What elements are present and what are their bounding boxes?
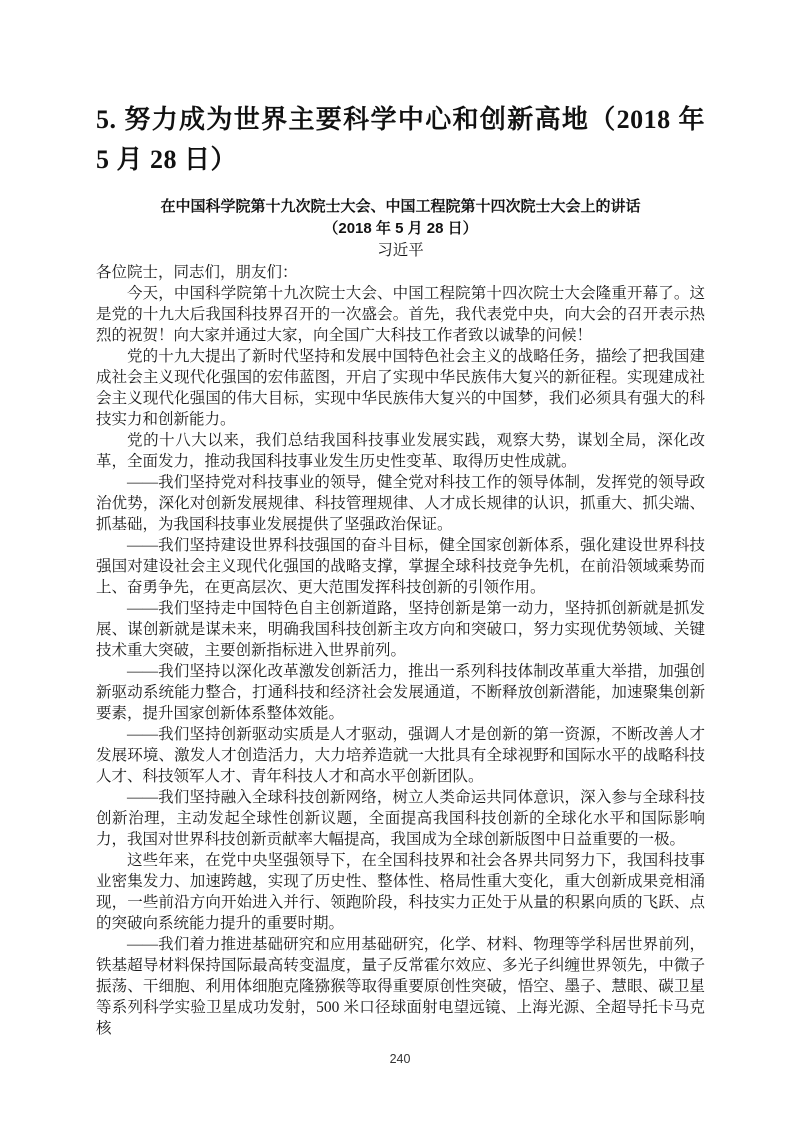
paragraph: 今天，中国科学院第十九次院士大会、中国工程院第十四次院士大会隆重开幕了。这是党的… <box>96 283 705 346</box>
paragraph: ——我们坚持走中国特色自主创新道路，坚持创新是第一动力，坚持抓创新就是抓发展、谋… <box>96 598 705 661</box>
speech-author: 习近平 <box>96 240 705 262</box>
paragraph: ——我们坚持党对科技事业的领导，健全党对科技工作的领导体制，发挥党的领导政治优势… <box>96 472 705 535</box>
page-number: 240 <box>0 1052 800 1066</box>
document-title: 5. 努力成为世界主要科学中心和创新高地（2018 年 5 月 28 日） <box>96 100 705 180</box>
paragraph: 党的十八大以来，我们总结我国科技事业发展实践，观察大势，谋划全局，深化改革，全面… <box>96 430 705 472</box>
speech-body: 各位院士，同志们，朋友们： 今天，中国科学院第十九次院士大会、中国工程院第十四次… <box>96 262 705 1039</box>
paragraph: 这些年来，在党中央坚强领导下，在全国科技界和社会各界共同努力下，我国科技事业密集… <box>96 850 705 934</box>
speech-date: （2018 年 5 月 28 日） <box>96 218 705 240</box>
paragraph: ——我们坚持建设世界科技强国的奋斗目标，健全国家创新体系，强化建设世界科技强国对… <box>96 535 705 598</box>
paragraph: ——我们坚持以深化改革激发创新活力，推出一系列科技体制改革重大举措，加强创新驱动… <box>96 661 705 724</box>
speech-subtitle: 在中国科学院第十九次院士大会、中国工程院第十四次院士大会上的讲话 <box>96 196 705 218</box>
paragraph: 党的十九大提出了新时代坚持和发展中国特色社会主义的战略任务，描绘了把我国建成社会… <box>96 346 705 430</box>
document-page: 5. 努力成为世界主要科学中心和创新高地（2018 年 5 月 28 日） 在中… <box>0 0 800 1133</box>
paragraph: ——我们坚持创新驱动实质是人才驱动，强调人才是创新的第一资源，不断改善人才发展环… <box>96 724 705 787</box>
salutation: 各位院士，同志们，朋友们： <box>96 262 705 283</box>
paragraph: ——我们坚持融入全球科技创新网络，树立人类命运共同体意识，深入参与全球科技创新治… <box>96 787 705 850</box>
paragraph: ——我们着力推进基础研究和应用基础研究，化学、材料、物理等学科居世界前列，铁基超… <box>96 934 705 1039</box>
speech-header: 在中国科学院第十九次院士大会、中国工程院第十四次院士大会上的讲话 （2018 年… <box>96 196 705 262</box>
